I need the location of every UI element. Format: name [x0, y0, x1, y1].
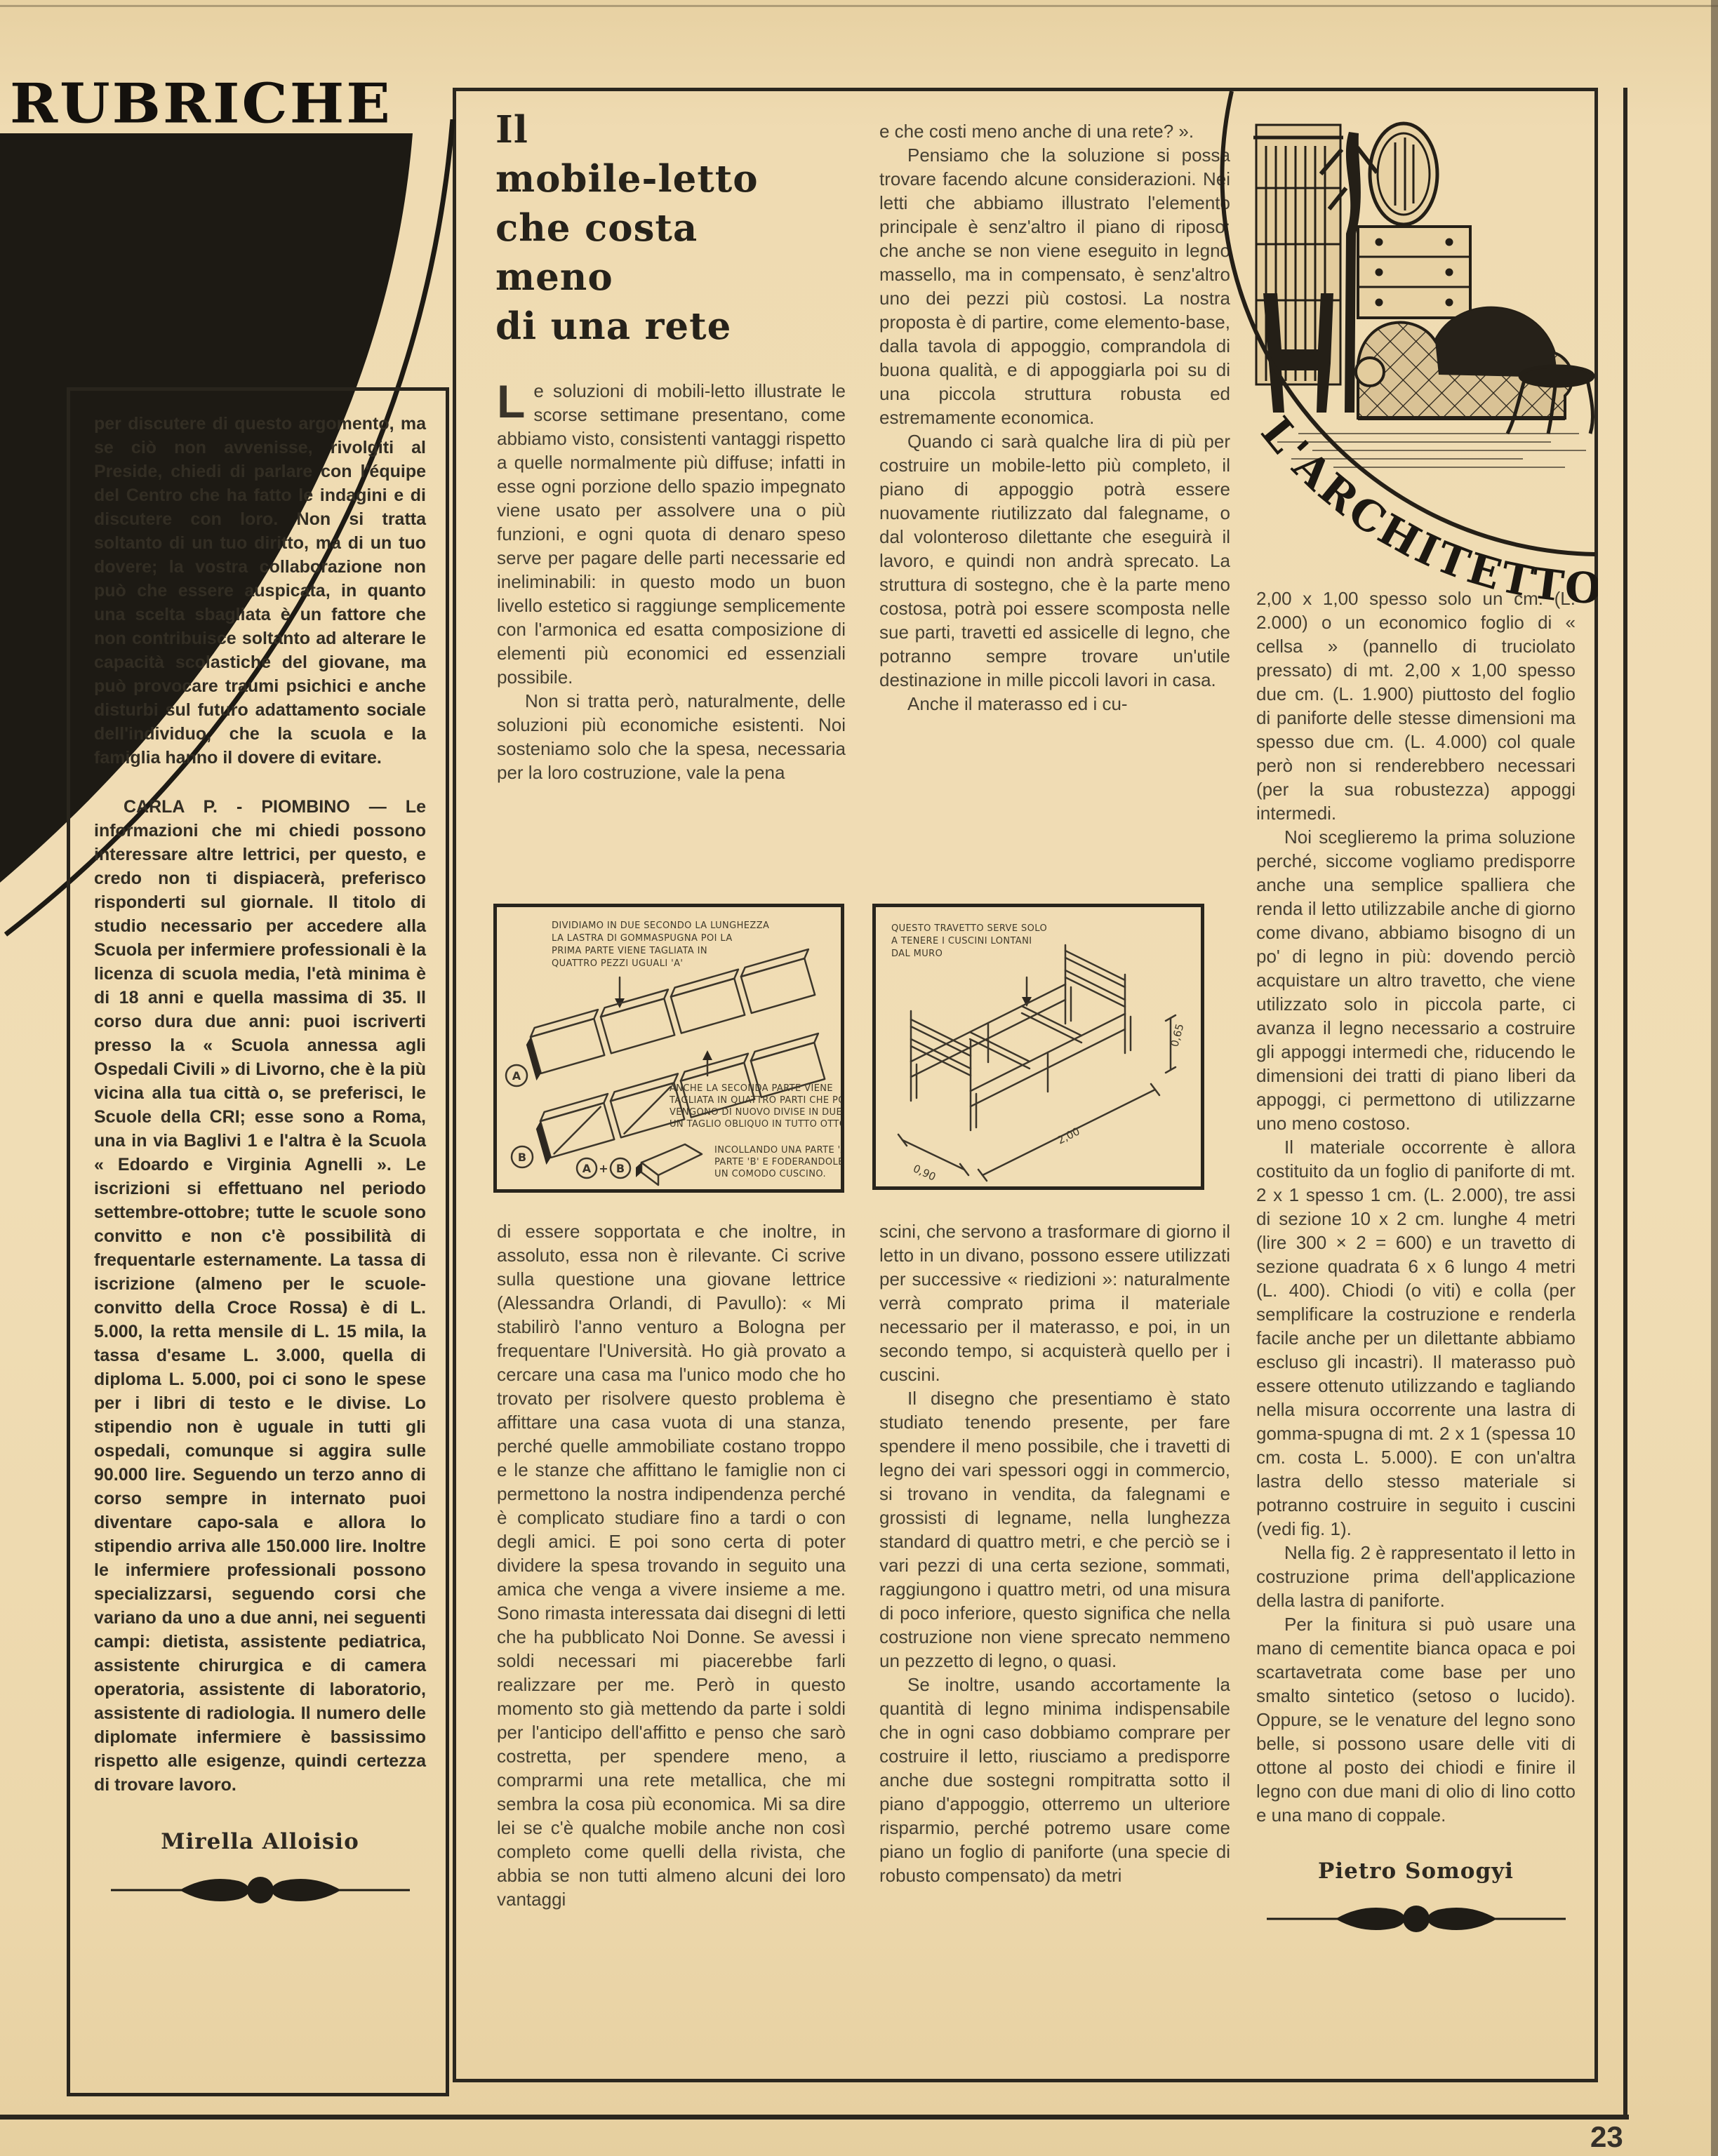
scan-right-edge — [1711, 0, 1718, 2156]
figure-1-drawing: DIVIDIAMO IN DUE SECONDO LA LUNGHEZZA LA… — [497, 907, 841, 1189]
fig1-note-b: ANCHE LA SECONDA PARTE VIENE TAGLIATA IN… — [669, 1083, 841, 1130]
title-line: Il — [495, 105, 860, 154]
article-paragraph: Non si tratta però, naturalmente, delle … — [497, 689, 846, 784]
article-column-2-lower: di essere sopportata e che inoltre, in a… — [497, 1219, 846, 1911]
letter-paragraph: CARLA P. - PIOMBINO — Le informazioni ch… — [94, 795, 426, 1797]
fig1-wedge — [636, 1144, 702, 1185]
fig1-label-a: A — [512, 1069, 521, 1083]
scan-top-edge — [0, 5, 1718, 7]
divider-ornament — [109, 1871, 411, 1909]
article-signature: Pietro Somogyi — [1256, 1859, 1576, 1883]
drop-cap: L — [497, 379, 533, 421]
title-line: di una rete — [495, 302, 860, 351]
fig1-note-c: INCOLLANDO UNA PARTE 'A' E UNA PARTE 'B'… — [714, 1145, 841, 1179]
article-paragraph: di essere sopportata e che inoltre, in a… — [497, 1219, 846, 1911]
architetto-header: L'ARCHITETTO — [1158, 83, 1598, 623]
article-paragraph: Anche il materasso ed i cu- — [879, 692, 1230, 716]
article-paragraph: Noi sceglieremo la prima soluzione perch… — [1256, 825, 1576, 1135]
title-line: meno — [495, 253, 860, 302]
fig2-note: QUESTO TRAVETTO SERVE SOLO A TENERE I CU… — [891, 923, 1051, 959]
article-paragraph: Per la finitura si può usare una mano di… — [1256, 1612, 1576, 1827]
article-column-3-lower: scini, che servono a trasformare di gior… — [879, 1219, 1230, 1887]
divider-ornament — [1265, 1900, 1567, 1938]
page-rule-bottom — [0, 2115, 1629, 2120]
furniture-illustration — [1253, 123, 1593, 467]
fig2-dim-width: 0,90 — [911, 1162, 938, 1183]
fig1-row-a-boards — [522, 949, 823, 1080]
sofa — [1356, 308, 1572, 418]
svg-text:+: + — [599, 1162, 608, 1175]
article-paragraph: scini, che servono a trasformare di gior… — [879, 1219, 1230, 1386]
svg-text:B: B — [616, 1162, 625, 1175]
svg-text:A: A — [582, 1162, 592, 1175]
article-paragraph: Se inoltre, usando accortamente la quant… — [879, 1673, 1230, 1887]
magazine-page: RUBRICHE per discutere di questo argomen… — [0, 0, 1718, 2156]
letters-box: per discutere di questo argomento, ma se… — [67, 387, 449, 2096]
article-paragraph: Nella fig. 2 è rappresentato il letto in… — [1256, 1541, 1576, 1612]
title-line: che costa — [495, 203, 860, 253]
fig1-label-b: B — [518, 1151, 526, 1164]
article-paragraph: Il materiale occorrente è allora costitu… — [1256, 1135, 1576, 1541]
article-paragraph: e soluzioni di mobili-letto illustrate l… — [497, 379, 846, 689]
page-number: 23 — [1590, 2120, 1623, 2154]
figure-1: DIVIDIAMO IN DUE SECONDO LA LUNGHEZZA LA… — [493, 904, 844, 1193]
page-rule-vertical — [1623, 88, 1627, 2120]
figure-2-drawing: QUESTO TRAVETTO SERVE SOLO A TENERE I CU… — [876, 907, 1201, 1186]
article-column-2-upper: L e soluzioni di mobili-letto illustrate… — [497, 379, 846, 784]
figure-2: QUESTO TRAVETTO SERVE SOLO A TENERE I CU… — [872, 904, 1204, 1190]
article-paragraph: Il disegno che presentiamo è stato studi… — [879, 1386, 1230, 1673]
fig2-bed-frame — [911, 945, 1131, 1130]
letter-paragraph: per discutere di questo argomento, ma se… — [94, 412, 426, 770]
article-column-4: 2,00 x 1,00 spesso solo un cm. (L. 2.000… — [1256, 587, 1576, 1938]
article-title: Il mobile-letto che costa meno di una re… — [495, 105, 860, 351]
title-line: mobile-letto — [495, 154, 860, 203]
letter-signature: Mirella Alloisio — [94, 1829, 426, 1854]
fig1-note-a: DIVIDIAMO IN DUE SECONDO LA LUNGHEZZA LA… — [552, 920, 773, 969]
